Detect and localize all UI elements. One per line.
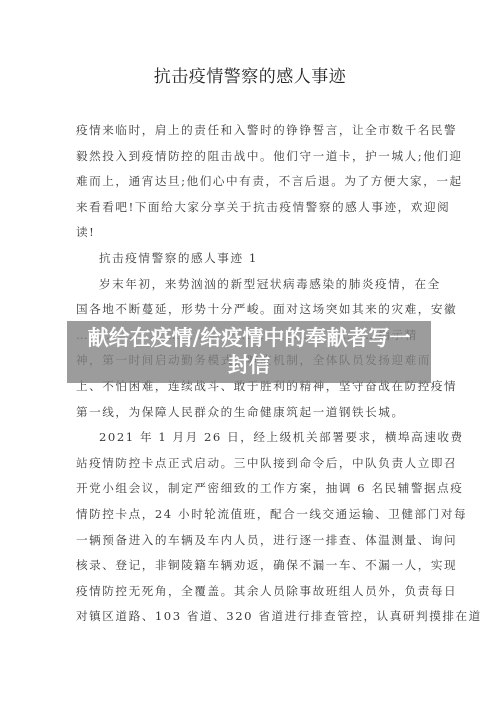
- paragraph-line: 站疫情防控卡点正式启动。三中队接到命令后，中队负责人立即召: [76, 451, 426, 477]
- paragraph-line: 疫情来临时，肩上的责任和入警时的铮铮誓言，让全市数千名民警: [76, 118, 426, 144]
- paragraph-line: 一辆预备进入的车辆及车内人员，进行逐一排查、体温测量、询问: [76, 528, 426, 554]
- overlay-banner[interactable]: 献给在疫情/给疫情中的奉献者写一 封信: [67, 321, 431, 383]
- paragraph-line: 抗击疫情警察的感人事迹 1: [76, 246, 426, 272]
- document-title: 抗击疫情警察的感人事迹: [0, 62, 500, 87]
- document-page: 抗击疫情警察的感人事迹 疫情来临时，肩上的责任和入警时的铮铮誓言，让全市数千名民…: [0, 0, 500, 706]
- banner-title-line-1: 献给在疫情/给疫情中的奉献者写一: [88, 325, 411, 352]
- paragraph-line: 情防控卡点，24 小时轮流值班，配合一线交通运输、卫健部门对每: [76, 502, 426, 528]
- paragraph-line: 第一线，为保障人民群众的生命健康筑起一道钢铁长城。: [76, 400, 426, 426]
- paragraph-line: 开党小组会议，制定严密细致的工作方案，抽调 6 名民辅警据点疫: [76, 476, 426, 502]
- banner-title-line-2: 封信: [228, 352, 270, 379]
- paragraph-line: 对镇区道路、103 省道、320 省道进行排查管控，认真研判摸排在道: [76, 604, 426, 630]
- paragraph-line: 岁末年初，来势汹汹的新型冠状病毒感染的肺炎疫情，在全: [76, 272, 426, 298]
- paragraph-line: 疫情防控无死角，全覆盖。其余人员除事故班组人员外，负责每日: [76, 579, 426, 605]
- paragraph-line: 难而上，通宵达旦;他们心中有责，不言后退。为了方便大家，一起: [76, 169, 426, 195]
- paragraph-line: 核录、登记，非铜陵籍车辆劝返，确保不漏一车、不漏一人，实现: [76, 553, 426, 579]
- paragraph-line: 国各地不断蔓延，形势十分严峻。面对这场突如其来的灾难，安徽: [76, 297, 426, 323]
- paragraph-line: 读!: [76, 220, 426, 246]
- paragraph-line: 毅然投入到疫情防控的阻击战中。他们守一道卡，护一城人;他们迎: [76, 144, 426, 170]
- paragraph-line: 2021 年 1 月月 26 日，经上级机关部署要求，横埠高速收费: [76, 425, 426, 451]
- paragraph-line: 来看看吧!下面给大家分享关于抗击疫情警察的感人事迹，欢迎阅: [76, 195, 426, 221]
